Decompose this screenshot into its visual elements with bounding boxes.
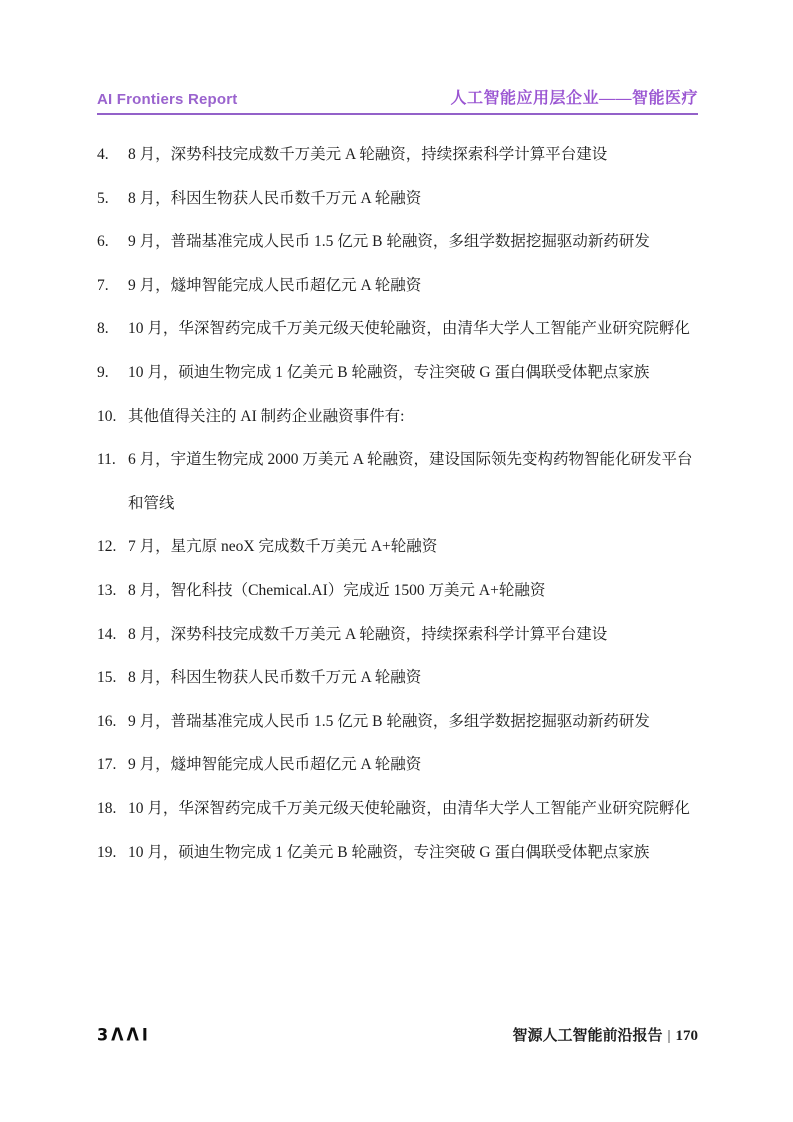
list-item-number: 15. [97, 656, 128, 700]
list-item-number: 12. [97, 525, 128, 569]
list-item-text: 6 月，宇道生物完成 2000 万美元 A 轮融资，建设国际领先变构药物智能化研… [128, 438, 698, 525]
list-item: 9. 10 月，硕迪生物完成 1 亿美元 B 轮融资，专注突破 G 蛋白偶联受体… [97, 351, 698, 395]
list-item: 14. 8 月，深势科技完成数千万美元 A 轮融资，持续探索科学计算平台建设 [97, 613, 698, 657]
list-item-text: 9 月，燧坤智能完成人民币超亿元 A 轮融资 [128, 264, 698, 308]
list-item: 7. 9 月，燧坤智能完成人民币超亿元 A 轮融资 [97, 264, 698, 308]
list-item-text: 8 月，科因生物获人民币数千万元 A 轮融资 [128, 177, 698, 221]
list-item: 17. 9 月，燧坤智能完成人民币超亿元 A 轮融资 [97, 743, 698, 787]
list-item: 16. 9 月，普瑞基准完成人民币 1.5 亿元 B 轮融资，多组学数据挖掘驱动… [97, 700, 698, 744]
footer-page-number: 170 [676, 1028, 699, 1044]
list-item-number: 7. [97, 264, 128, 308]
list-item-text: 其他值得关注的 AI 制药企业融资事件有: [128, 395, 698, 439]
list-item-text: 10 月，华深智药完成千万美元级天使轮融资，由清华大学人工智能产业研究院孵化 [128, 787, 698, 831]
list-item: 13. 8 月，智化科技（Chemical.AI）完成近 1500 万美元 A+… [97, 569, 698, 613]
list-item-number: 9. [97, 351, 128, 395]
list-item-text: 10 月，华深智药完成千万美元级天使轮融资，由清华大学人工智能产业研究院孵化 [128, 307, 698, 351]
list-item: 4. 8 月，深势科技完成数千万美元 A 轮融资，持续探索科学计算平台建设 [97, 133, 698, 177]
list-item-text: 8 月，智化科技（Chemical.AI）完成近 1500 万美元 A+轮融资 [128, 569, 698, 613]
list-item-text: 10 月，硕迪生物完成 1 亿美元 B 轮融资，专注突破 G 蛋白偶联受体靶点家… [128, 831, 698, 875]
list-item-number: 14. [97, 613, 128, 657]
header-section-title: 人工智能应用层企业——智能医疗 [450, 85, 698, 108]
list-item-text: 8 月，深势科技完成数千万美元 A 轮融资，持续探索科学计算平台建设 [128, 133, 698, 177]
list-item: 19. 10 月，硕迪生物完成 1 亿美元 B 轮融资，专注突破 G 蛋白偶联受… [97, 831, 698, 875]
list-item: 15. 8 月，科因生物获人民币数千万元 A 轮融资 [97, 656, 698, 700]
list-item-number: 18. [97, 787, 128, 831]
list-item-text: 10 月，硕迪生物完成 1 亿美元 B 轮融资，专注突破 G 蛋白偶联受体靶点家… [128, 351, 698, 395]
list-item-number: 4. [97, 133, 128, 177]
list-item-number: 10. [97, 395, 128, 439]
list-item-text: 8 月，深势科技完成数千万美元 A 轮融资，持续探索科学计算平台建设 [128, 613, 698, 657]
list-item: 11. 6 月，宇道生物完成 2000 万美元 A 轮融资，建设国际领先变构药物… [97, 438, 698, 525]
page-header: AI Frontiers Report 人工智能应用层企业——智能医疗 [97, 85, 698, 115]
list-item: 8. 10 月，华深智药完成千万美元级天使轮融资，由清华大学人工智能产业研究院孵… [97, 307, 698, 351]
page-footer: 3ΛΛI 智源人工智能前沿报告|170 [97, 1024, 698, 1045]
list-item-text: 7 月，星亢原 neoX 完成数千万美元 A+轮融资 [128, 525, 698, 569]
footer-separator: | [667, 1028, 670, 1044]
baai-logo: 3ΛΛI [97, 1024, 151, 1045]
funding-events-list: 4. 8 月，深势科技完成数千万美元 A 轮融资，持续探索科学计算平台建设 5.… [97, 133, 698, 874]
list-item-number: 19. [97, 831, 128, 875]
list-item-text: 9 月，普瑞基准完成人民币 1.5 亿元 B 轮融资，多组学数据挖掘驱动新药研发 [128, 700, 698, 744]
list-item-number: 8. [97, 307, 128, 351]
footer-report-title: 智源人工智能前沿报告 [512, 1028, 662, 1044]
list-item: 6. 9 月，普瑞基准完成人民币 1.5 亿元 B 轮融资，多组学数据挖掘驱动新… [97, 220, 698, 264]
list-item-number: 5. [97, 177, 128, 221]
list-item-text: 8 月，科因生物获人民币数千万元 A 轮融资 [128, 656, 698, 700]
list-item-text: 9 月，普瑞基准完成人民币 1.5 亿元 B 轮融资，多组学数据挖掘驱动新药研发 [128, 220, 698, 264]
header-report-name: AI Frontiers Report [97, 91, 237, 108]
list-item-number: 16. [97, 700, 128, 744]
list-item: 10. 其他值得关注的 AI 制药企业融资事件有: [97, 395, 698, 439]
footer-info: 智源人工智能前沿报告|170 [512, 1024, 698, 1045]
list-item: 12. 7 月，星亢原 neoX 完成数千万美元 A+轮融资 [97, 525, 698, 569]
document-page: AI Frontiers Report 人工智能应用层企业——智能医疗 4. 8… [0, 0, 793, 1122]
list-item-number: 11. [97, 438, 128, 482]
list-item-number: 17. [97, 743, 128, 787]
list-item: 5. 8 月，科因生物获人民币数千万元 A 轮融资 [97, 177, 698, 221]
list-item-number: 13. [97, 569, 128, 613]
list-item-text: 9 月，燧坤智能完成人民币超亿元 A 轮融资 [128, 743, 698, 787]
list-item: 18. 10 月，华深智药完成千万美元级天使轮融资，由清华大学人工智能产业研究院… [97, 787, 698, 831]
list-item-number: 6. [97, 220, 128, 264]
